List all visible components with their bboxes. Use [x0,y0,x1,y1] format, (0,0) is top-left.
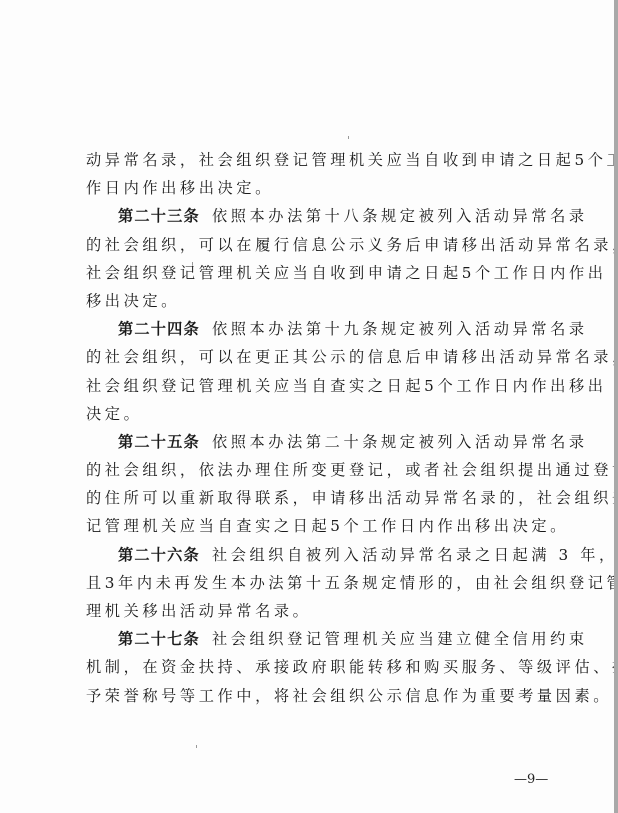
text-line: 移出决定。 [86,287,548,315]
article-text: 依照本办法第十九条规定被列入活动异常名录 [212,320,588,338]
text-line: 的社会组织，可以在更正其公示的信息后申请移出活动异常名录， [86,343,548,371]
article-text: 依照本办法第十八条规定被列入活动异常名录 [212,207,588,225]
article-number: 第二十三条 [118,207,200,225]
text-line: 作日内作出移出决定。 [86,174,548,202]
article-25-heading-line: 第二十五条依照本办法第二十条规定被列入活动异常名录 [86,428,548,456]
article-23-heading-line: 第二十三条依照本办法第十八条规定被列入活动异常名录 [86,202,548,230]
text-line: 决定。 [86,400,548,428]
article-number: 第二十七条 [118,630,200,648]
article-text: 依照本办法第二十条规定被列入活动异常名录 [212,433,588,451]
text-line: 机制，在资金扶持、承接政府职能转移和购买服务、等级评估、授 [86,653,548,681]
article-27-heading-line: 第二十七条社会组织登记管理机关应当建立健全信用约束 [86,625,548,653]
scan-speck [348,136,349,139]
text-line: 的住所可以重新取得联系，申请移出活动异常名录的，社会组织登 [86,484,548,512]
text-line: 社会组织登记管理机关应当自收到申请之日起5个工作日内作出 [86,259,548,287]
text-line: 的社会组织，依法办理住所变更登记，或者社会组织提出通过登记 [86,456,548,484]
text-line: 的社会组织，可以在履行信息公示义务后申请移出活动异常名录， [86,231,548,259]
text-line: 理机关移出活动异常名录。 [86,597,548,625]
text-line: 动异常名录，社会组织登记管理机关应当自收到申请之日起5个工 [86,146,548,174]
page-edge-shadow [614,0,618,813]
text-line: 予荣誉称号等工作中，将社会组织公示信息作为重要考量因素。 [86,682,548,710]
document-body: 动异常名录，社会组织登记管理机关应当自收到申请之日起5个工 作日内作出移出决定。… [86,146,548,710]
article-text: 社会组织登记管理机关应当建立健全信用约束 [212,630,588,648]
article-number: 第二十六条 [118,546,200,564]
article-24-heading-line: 第二十四条依照本办法第十九条规定被列入活动异常名录 [86,315,548,343]
article-number: 第二十四条 [118,320,200,338]
article-26-heading-line: 第二十六条社会组织自被列入活动异常名录之日起满 3 年， [86,541,548,569]
article-text: 社会组织自被列入活动异常名录之日起满 3 年， [212,546,618,564]
article-number: 第二十五条 [118,433,200,451]
text-line: 记管理机关应当自查实之日起5个工作日内作出移出决定。 [86,512,548,540]
scan-speck [192,262,193,265]
scan-speck [196,745,197,748]
text-line: 社会组织登记管理机关应当自查实之日起5个工作日内作出移出 [86,372,548,400]
document-page: 动异常名录，社会组织登记管理机关应当自收到申请之日起5个工 作日内作出移出决定。… [0,0,614,813]
text-line: 且3年内未再发生本办法第十五条规定情形的，由社会组织登记管 [86,569,548,597]
page-number: —9— [514,772,548,787]
